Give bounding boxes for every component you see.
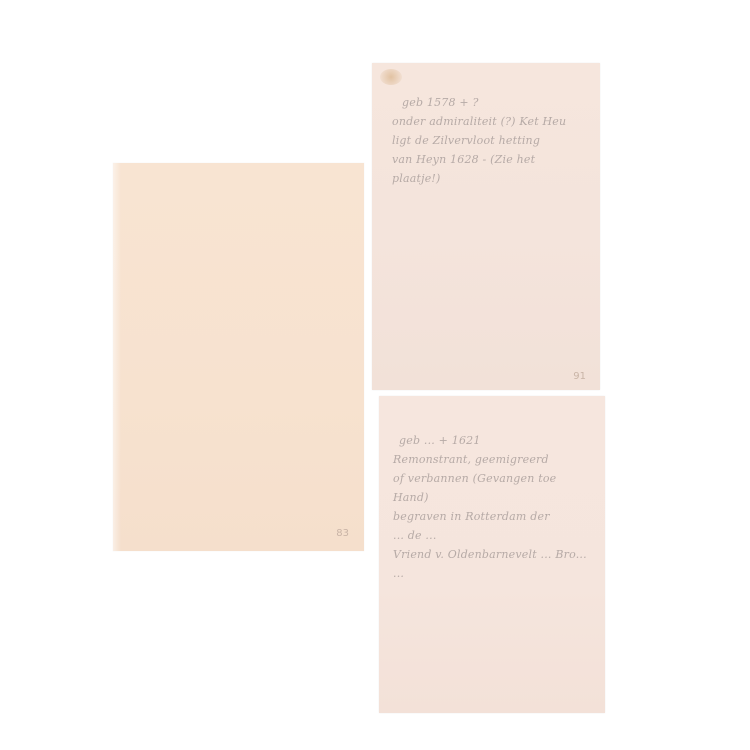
- handwriting-line: of verbannen (Gevangen toe: [393, 470, 619, 489]
- paper-sheet-left: 83: [113, 163, 364, 551]
- handwriting-line: Vriend v. Oldenbarnevelt ... Bro...: [393, 546, 619, 565]
- paper-sheet-top-right: geb 1578 + ? onder admiraliteit (?) Ket …: [372, 63, 600, 390]
- handwriting-line: ligt de Zilvervloot hetting: [392, 131, 620, 150]
- handwritten-note: geb ... + 1621 Remonstrant, geemigreerd …: [393, 432, 619, 584]
- page-number: 83: [336, 528, 349, 539]
- handwriting-line: plaatje!): [392, 169, 620, 188]
- handwritten-note: geb 1578 + ? onder admiraliteit (?) Ket …: [392, 93, 620, 188]
- handwriting-line: begraven in Rotterdam der: [393, 508, 619, 527]
- page-number: 91: [573, 371, 586, 382]
- handwriting-line: geb ... + 1621: [393, 432, 619, 451]
- handwriting-line: van Heyn 1628 - (Zie het: [392, 150, 620, 169]
- handwriting-line: Hand): [393, 489, 619, 508]
- handwriting-line: Remonstrant, geemigreerd: [393, 451, 619, 470]
- handwriting-line: ... de ...: [393, 527, 619, 546]
- handwriting-line: onder admiraliteit (?) Ket Heu: [392, 112, 620, 131]
- stain-mark: [380, 69, 402, 85]
- paper-sheet-bottom-right: geb ... + 1621 Remonstrant, geemigreerd …: [379, 396, 605, 713]
- handwriting-line: ...: [393, 565, 619, 584]
- handwriting-line: geb 1578 + ?: [392, 93, 620, 112]
